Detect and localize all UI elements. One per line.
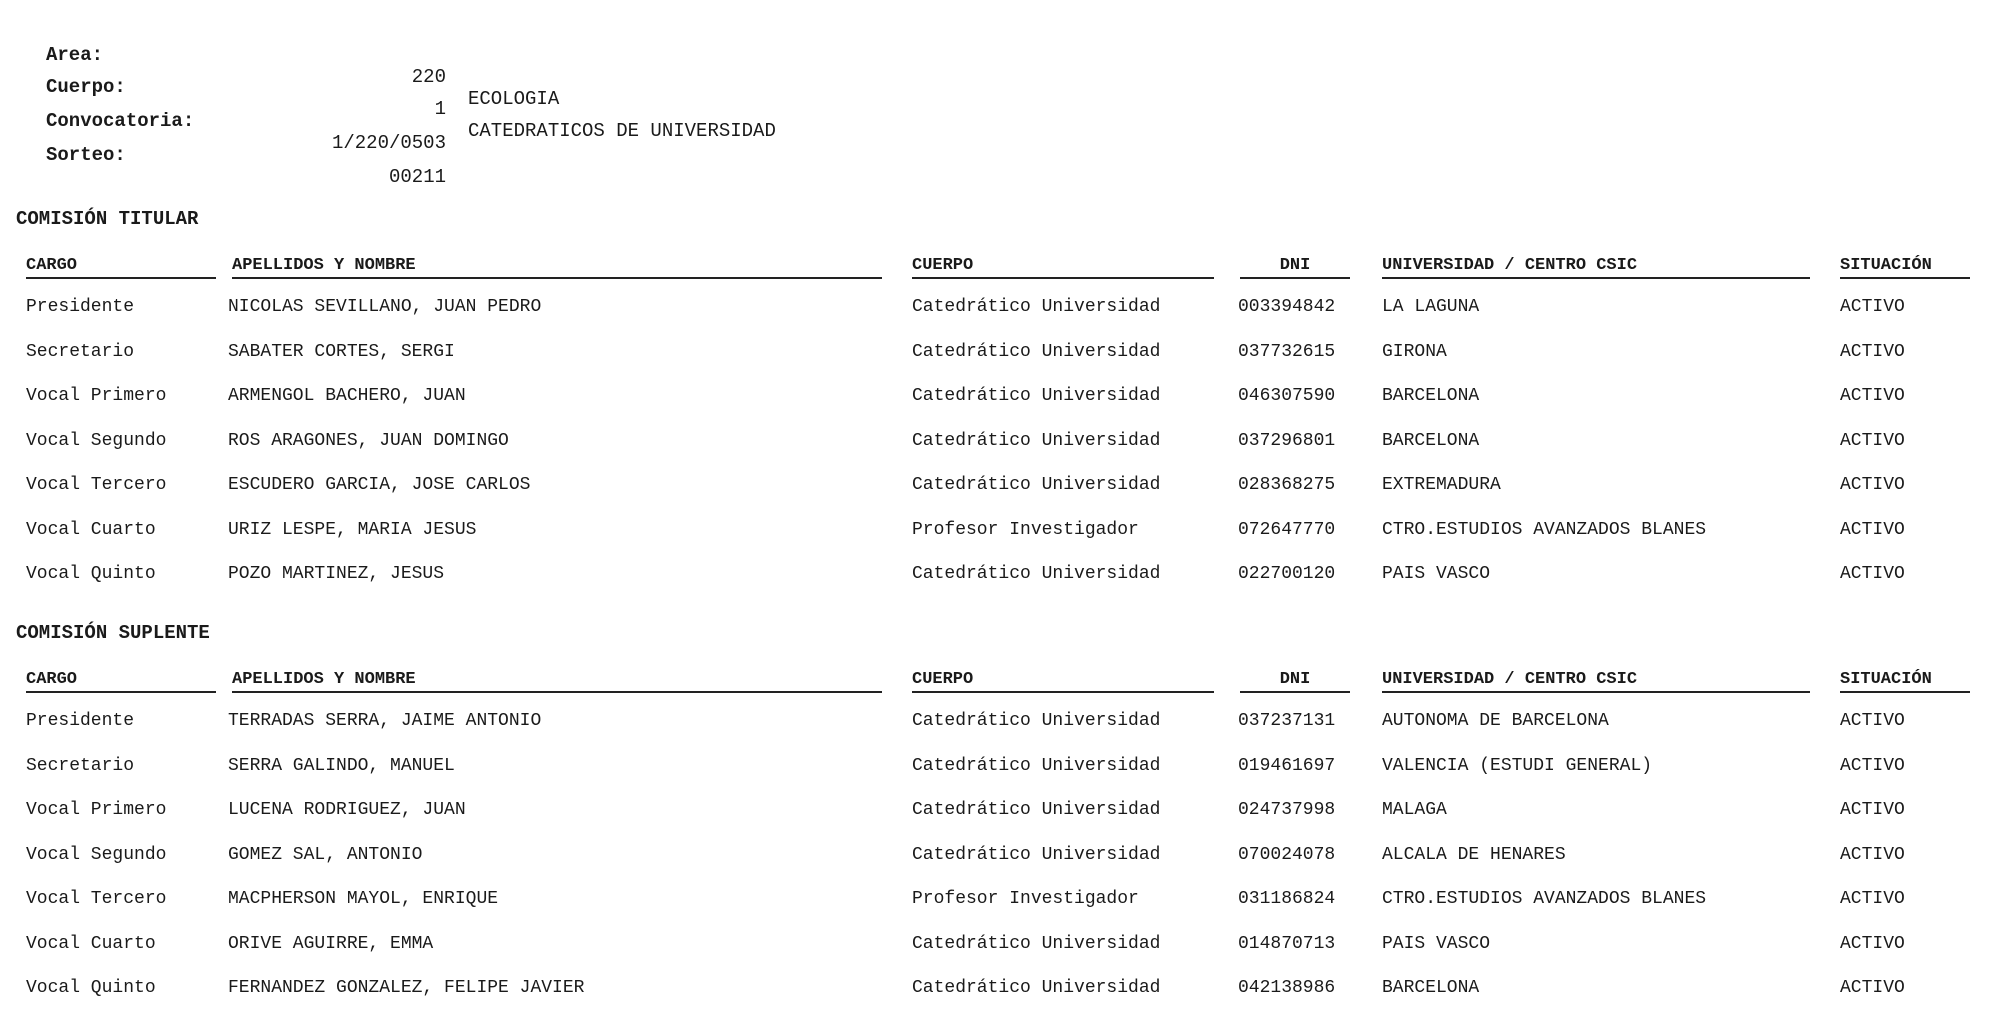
cell-dni: 022700120 [1238,559,1335,589]
cell-situacion: ACTIVO [1840,292,1905,322]
cell-cargo: Secretario [26,337,134,367]
cell-situacion: ACTIVO [1840,973,1905,1003]
cell-situacion: ACTIVO [1840,929,1905,959]
cell-cargo: Presidente [26,706,134,736]
cell-universidad: GIRONA [1382,337,1447,367]
cell-nombre: TERRADAS SERRA, JAIME ANTONIO [228,706,541,736]
cell-universidad: BARCELONA [1382,426,1479,456]
cell-cuerpo: Catedrático Universidad [912,795,1160,825]
table-row: PresidenteNICOLAS SEVILLANO, JUAN PEDROC… [0,292,2000,322]
suplente-section-title: COMISIÓN SUPLENTE [16,622,210,644]
cell-universidad: BARCELONA [1382,381,1479,411]
cell-dni: 028368275 [1238,470,1335,500]
cell-nombre: GOMEZ SAL, ANTONIO [228,840,422,870]
cell-cuerpo: Catedrático Universidad [912,381,1160,411]
cuerpo-name: CATEDRATICOS DE UNIVERSIDAD [468,120,776,142]
cell-cuerpo: Profesor Investigador [912,884,1139,914]
cell-cuerpo: Catedrático Universidad [912,840,1160,870]
cell-universidad: BARCELONA [1382,973,1479,1003]
cell-situacion: ACTIVO [1840,751,1905,781]
cell-cargo: Vocal Quinto [26,973,156,1003]
table-row: PresidenteTERRADAS SERRA, JAIME ANTONIOC… [0,706,2000,736]
cell-situacion: ACTIVO [1840,840,1905,870]
cell-universidad: PAIS VASCO [1382,929,1490,959]
cell-nombre: NICOLAS SEVILLANO, JUAN PEDRO [228,292,541,322]
cell-dni: 070024078 [1238,840,1335,870]
cell-dni: 031186824 [1238,884,1335,914]
column-header-dni: DNI [1240,670,1350,693]
table-row: Vocal SegundoGOMEZ SAL, ANTONIOCatedráti… [0,840,2000,870]
cell-cuerpo: Profesor Investigador [912,515,1139,545]
cell-nombre: SABATER CORTES, SERGI [228,337,455,367]
titular-section-title: COMISIÓN TITULAR [16,208,198,230]
cell-universidad: VALENCIA (ESTUDI GENERAL) [1382,751,1652,781]
table-row: Vocal CuartoURIZ LESPE, MARIA JESUSProfe… [0,515,2000,545]
cell-cuerpo: Catedrático Universidad [912,706,1160,736]
area-name: ECOLOGIA [468,88,559,110]
table-row: Vocal PrimeroLUCENA RODRIGUEZ, JUANCated… [0,795,2000,825]
column-header-dni: DNI [1240,256,1350,279]
cell-cargo: Vocal Segundo [26,840,166,870]
table-row: Vocal TerceroESCUDERO GARCIA, JOSE CARLO… [0,470,2000,500]
cell-cuerpo: Catedrático Universidad [912,559,1160,589]
table-row: Vocal QuintoFERNANDEZ GONZALEZ, FELIPE J… [0,973,2000,1003]
column-header-cuerpo: CUERPO [912,670,1214,693]
cell-situacion: ACTIVO [1840,515,1905,545]
table-row: Vocal QuintoPOZO MARTINEZ, JESUSCatedrát… [0,559,2000,589]
cell-nombre: URIZ LESPE, MARIA JESUS [228,515,476,545]
cell-universidad: CTRO.ESTUDIOS AVANZADOS BLANES [1382,884,1706,914]
sorteo-label: Sorteo: [46,144,126,166]
cell-dni: 072647770 [1238,515,1335,545]
cell-situacion: ACTIVO [1840,337,1905,367]
cell-cuerpo: Catedrático Universidad [912,292,1160,322]
table-row: Vocal SegundoROS ARAGONES, JUAN DOMINGOC… [0,426,2000,456]
cell-nombre: FERNANDEZ GONZALEZ, FELIPE JAVIER [228,973,584,1003]
cell-dni: 014870713 [1238,929,1335,959]
cell-nombre: POZO MARTINEZ, JESUS [228,559,444,589]
column-header-cargo: CARGO [26,670,216,693]
cell-universidad: PAIS VASCO [1382,559,1490,589]
column-header-nombre: APELLIDOS Y NOMBRE [232,670,882,693]
cell-universidad: ALCALA DE HENARES [1382,840,1566,870]
column-header-situacion: SITUACIÓN [1840,670,1970,693]
cell-nombre: ROS ARAGONES, JUAN DOMINGO [228,426,509,456]
cell-cargo: Vocal Segundo [26,426,166,456]
table-row: Vocal PrimeroARMENGOL BACHERO, JUANCated… [0,381,2000,411]
cell-cargo: Vocal Primero [26,381,166,411]
cell-dni: 037296801 [1238,426,1335,456]
cell-cuerpo: Catedrático Universidad [912,751,1160,781]
cell-situacion: ACTIVO [1840,426,1905,456]
cell-cargo: Presidente [26,292,134,322]
cell-nombre: ARMENGOL BACHERO, JUAN [228,381,466,411]
cell-nombre: SERRA GALINDO, MANUEL [228,751,455,781]
cell-universidad: AUTONOMA DE BARCELONA [1382,706,1609,736]
column-header-nombre: APELLIDOS Y NOMBRE [232,256,882,279]
table-row: Vocal CuartoORIVE AGUIRRE, EMMACatedráti… [0,929,2000,959]
convocatoria-value: 1/220/0503 [246,132,446,154]
cell-cargo: Secretario [26,751,134,781]
cell-universidad: LA LAGUNA [1382,292,1479,322]
sorteo-value: 00211 [246,166,446,188]
cell-dni: 003394842 [1238,292,1335,322]
cell-nombre: ORIVE AGUIRRE, EMMA [228,929,433,959]
table-row: Vocal TerceroMACPHERSON MAYOL, ENRIQUEPr… [0,884,2000,914]
cell-cargo: Vocal Cuarto [26,515,156,545]
cell-cargo: Vocal Tercero [26,470,166,500]
cell-cuerpo: Catedrático Universidad [912,929,1160,959]
cell-cargo: Vocal Tercero [26,884,166,914]
cell-nombre: MACPHERSON MAYOL, ENRIQUE [228,884,498,914]
cell-situacion: ACTIVO [1840,706,1905,736]
cell-dni: 042138986 [1238,973,1335,1003]
cell-dni: 019461697 [1238,751,1335,781]
cell-nombre: LUCENA RODRIGUEZ, JUAN [228,795,466,825]
cell-cargo: Vocal Primero [26,795,166,825]
cuerpo-code: 1 [246,98,446,120]
cell-universidad: CTRO.ESTUDIOS AVANZADOS BLANES [1382,515,1706,545]
cell-dni: 037237131 [1238,706,1335,736]
cell-cuerpo: Catedrático Universidad [912,973,1160,1003]
cell-situacion: ACTIVO [1840,559,1905,589]
cell-cuerpo: Catedrático Universidad [912,426,1160,456]
cell-universidad: EXTREMADURA [1382,470,1501,500]
area-code: 220 [246,66,446,88]
cell-situacion: ACTIVO [1840,795,1905,825]
cell-universidad: MALAGA [1382,795,1447,825]
cell-dni: 024737998 [1238,795,1335,825]
column-header-universidad: UNIVERSIDAD / CENTRO CSIC [1382,670,1810,693]
table-row: SecretarioSABATER CORTES, SERGICatedráti… [0,337,2000,367]
column-header-cuerpo: CUERPO [912,256,1214,279]
column-header-universidad: UNIVERSIDAD / CENTRO CSIC [1382,256,1810,279]
cell-dni: 046307590 [1238,381,1335,411]
cell-situacion: ACTIVO [1840,381,1905,411]
cell-situacion: ACTIVO [1840,884,1905,914]
cell-situacion: ACTIVO [1840,470,1905,500]
cell-cuerpo: Catedrático Universidad [912,470,1160,500]
column-header-situacion: SITUACIÓN [1840,256,1970,279]
cell-cuerpo: Catedrático Universidad [912,337,1160,367]
cell-cargo: Vocal Quinto [26,559,156,589]
cell-nombre: ESCUDERO GARCIA, JOSE CARLOS [228,470,530,500]
column-header-cargo: CARGO [26,256,216,279]
sorteo-line: Sorteo: 00211 [46,122,69,188]
cell-dni: 037732615 [1238,337,1335,367]
table-row: SecretarioSERRA GALINDO, MANUELCatedráti… [0,751,2000,781]
cell-cargo: Vocal Cuarto [26,929,156,959]
